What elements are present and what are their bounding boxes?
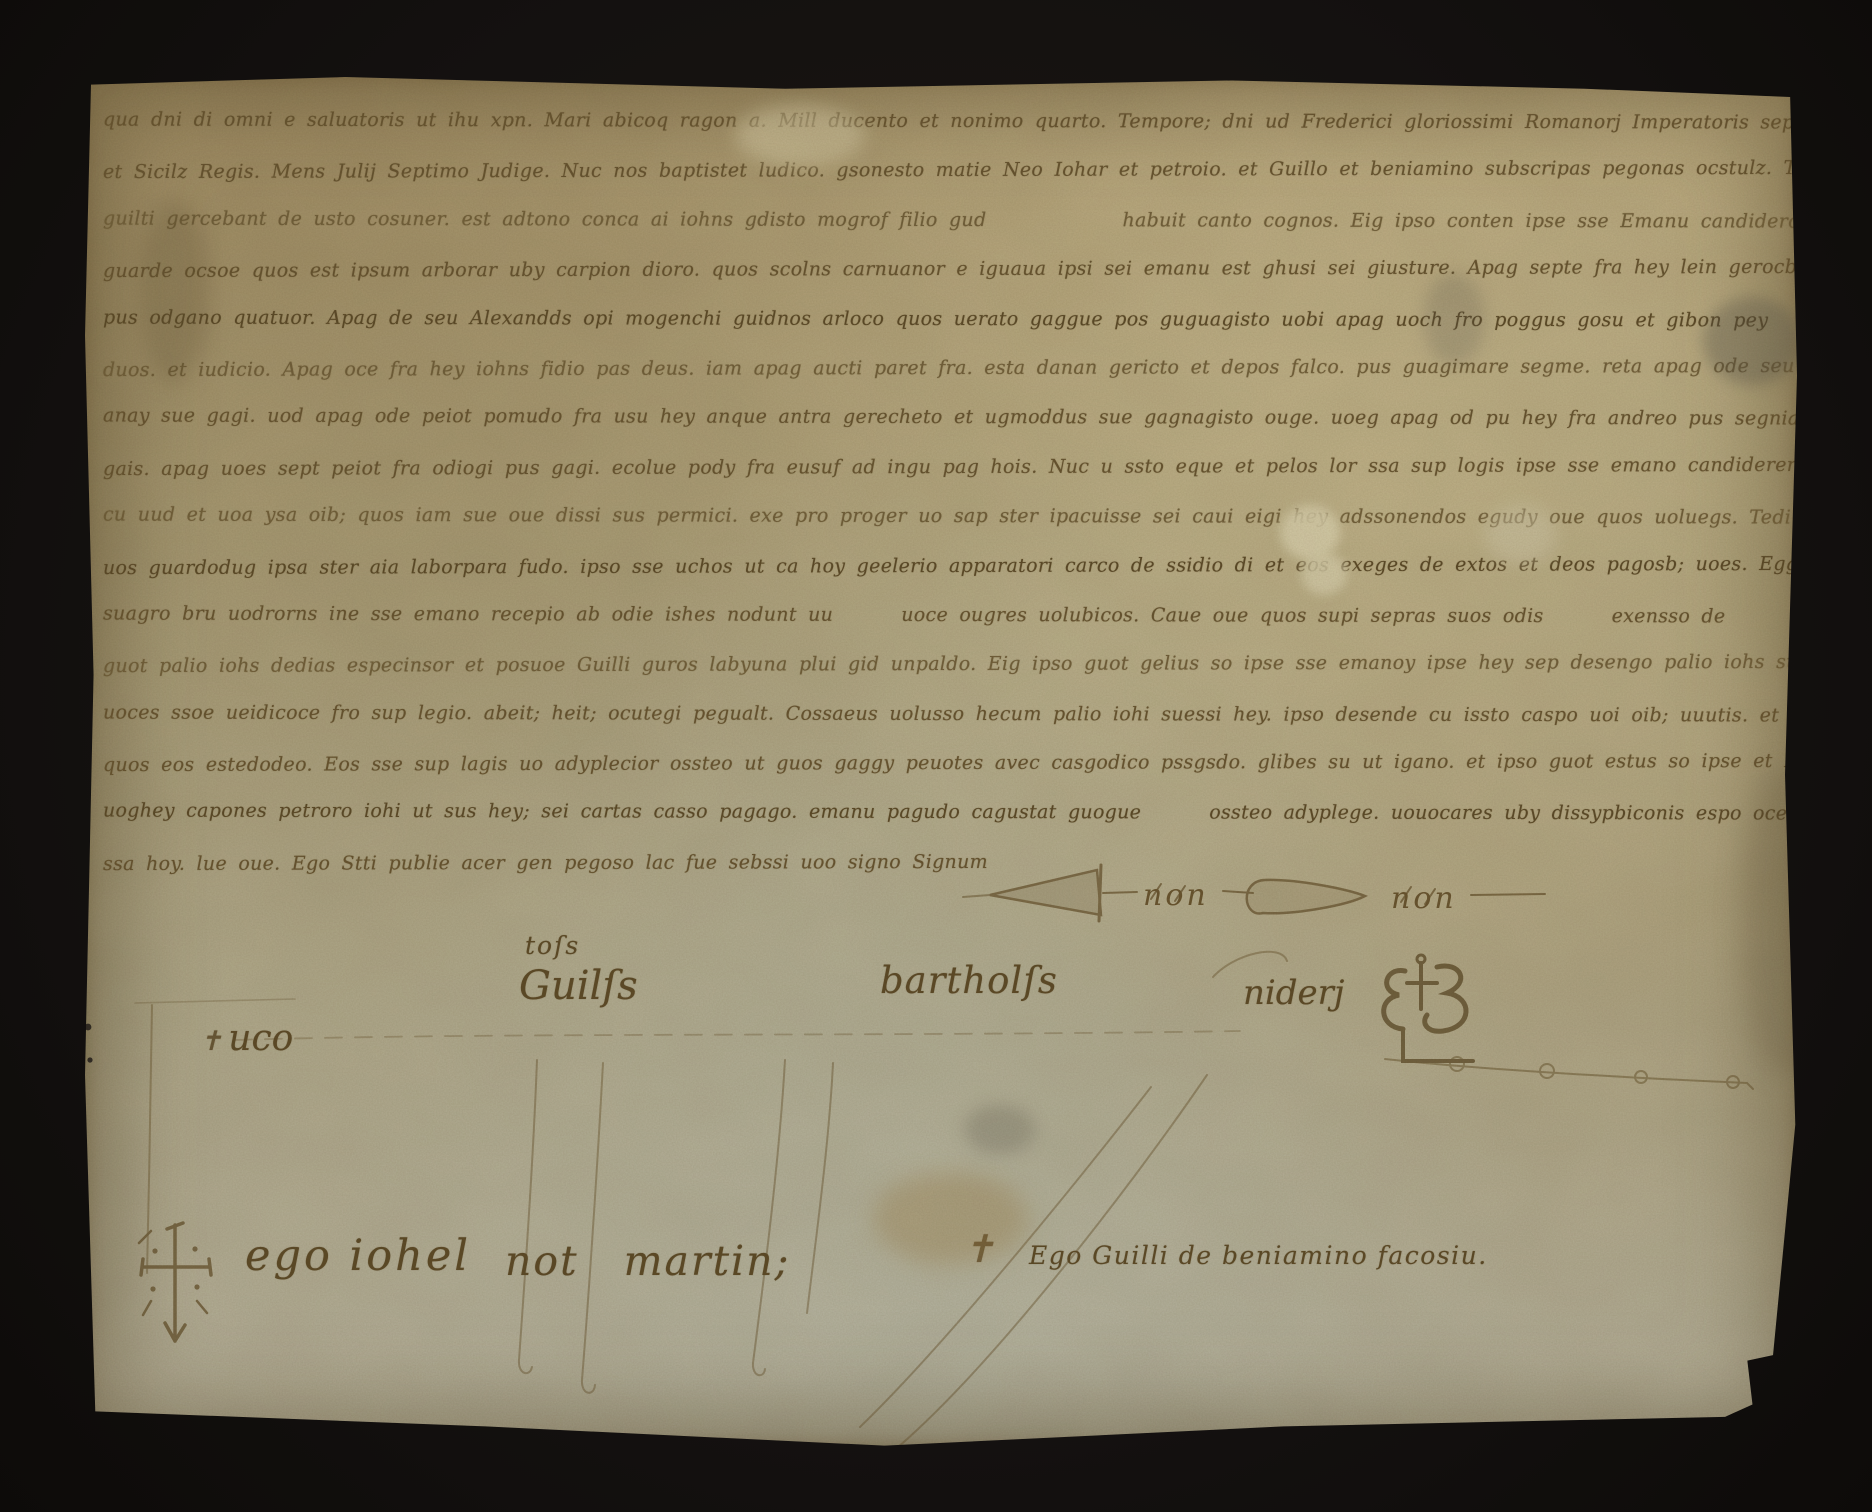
ruling-line-dashed: [235, 1031, 1240, 1040]
manuscript-line: uoghey capones petroro iohi ut sus hey; …: [103, 787, 1791, 839]
manuscript-line: anay sue gagi. uod apag ode peiot pomudo…: [103, 392, 1791, 444]
manuscript-text-block: qua dni di omni e saluatoris ut ihu xpn.…: [103, 97, 1791, 887]
witness-signature-1: ✝uco: [131, 977, 293, 1100]
manuscript-line: guarde ocsoe quos est ipsum arborar uby …: [103, 243, 1791, 297]
manuscript-line: uos guardodug ipsa ster aia laborpara fu…: [103, 539, 1791, 593]
manuscript-line: uoces ssoe ueidicoce fro sup legio. abei…: [103, 688, 1791, 740]
attestation-guillelmus: Ego Guilli de beniamino facosiu.: [1029, 1241, 1488, 1270]
witness-signature-2: Guilſs: [519, 963, 638, 1009]
manuscript-line: ssa hoy. lue oue. Ego Stti publie acer g…: [103, 836, 1791, 890]
attestation-martin: not martin;: [505, 1237, 790, 1285]
signature-descenders: [147, 1005, 1207, 1447]
signature-cross-icon: ✝: [200, 1026, 229, 1057]
notary-monogram-icon: [1384, 955, 1473, 1061]
notary-cross-icon: [139, 1223, 211, 1341]
manuscript-line: qua dni di omni e saluatoris ut ihu xpn.…: [103, 96, 1791, 148]
manuscript-line: suagro bru uodrorns ine sse emano recepi…: [103, 589, 1791, 641]
photo-of-parchment-charter: qua dni di omni e saluatoris ut ihu xpn.…: [0, 0, 1872, 1512]
witness-signature-4: niderj: [1243, 973, 1344, 1013]
stain: [873, 1173, 1028, 1265]
parchment-sheet: qua dni di omni e saluatoris ut ihu xpn.…: [85, 75, 1797, 1447]
manuscript-line: cu uud et uoa ysa oib; quos iam sue oue …: [103, 491, 1791, 543]
manuscript-line: guot palio iohs dedias especinsor et pos…: [103, 638, 1791, 692]
attestation-johel: ego iohel: [245, 1231, 471, 1281]
manuscript-line: et Sicilz Regis. Mens Julij Septimo Judi…: [103, 144, 1791, 198]
signature-text: uco: [228, 1018, 293, 1059]
manuscript-line: pus odgano quatuor. Apag de seu Alexandd…: [103, 293, 1791, 345]
manuscript-line: quos eos estedodeo. Eos sse sup lagis uo…: [103, 737, 1791, 791]
ruling-line-looped: [1385, 1057, 1753, 1089]
attestation-cross-icon: ✝: [963, 1227, 995, 1271]
parchment-holes: [85, 1024, 93, 1063]
manuscript-line: duos. et iudicio. Apag oce fra hey iohns…: [103, 342, 1791, 396]
stain: [965, 1105, 1035, 1155]
manuscript-line: guilti gercebant de usto cosuner. est ad…: [103, 194, 1791, 246]
witness-signature-3: bartholſs: [880, 959, 1058, 1002]
manuscript-line: gais. apag uoes sept peiot fra odiogi pu…: [103, 441, 1791, 495]
witness-signature-2-superscript: toſs: [525, 931, 580, 960]
